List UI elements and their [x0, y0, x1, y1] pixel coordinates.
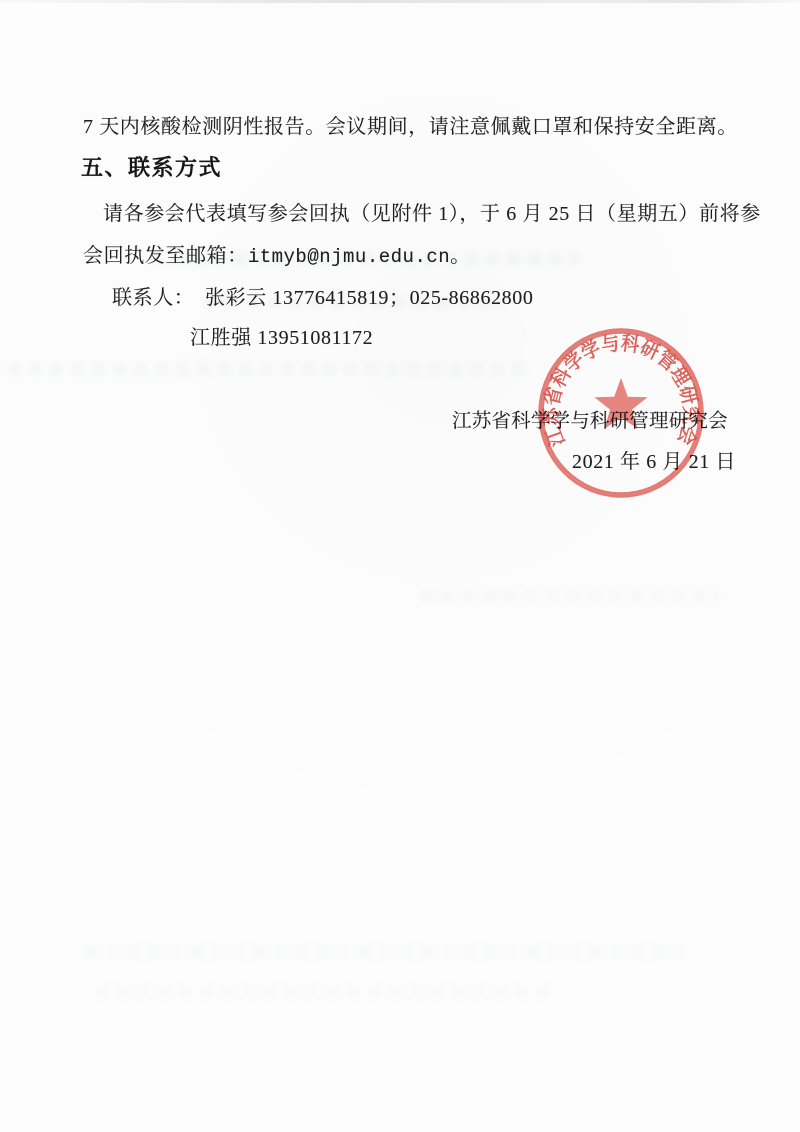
reply-line-2-prefix: 会回执发至邮箱：: [83, 245, 248, 267]
contact-line-1: 联系人： 张彩云 13776415819；025-86862800: [112, 281, 533, 310]
reply-line-2-suffix: 。: [450, 245, 471, 267]
reply-line-1: 请各参会代表填写参会回执（见附件 1），于 6 月 25 日（星期五）前将参: [103, 197, 761, 226]
bleedthrough-smudge: [95, 985, 555, 998]
bleedthrough-smudge: [85, 945, 685, 959]
official-seal: 江苏省科学学与科研管理研究会: [534, 325, 708, 501]
contact-1-value: 张彩云 13776415819；025-86862800: [205, 287, 533, 309]
bleedthrough-smudge: [420, 590, 720, 602]
body-line-covid: 7 天内核酸检测阴性报告。会议期间，请注意佩戴口罩和保持安全距离。: [83, 110, 738, 139]
email-text: itmyb@njmu.edu.cn: [248, 246, 450, 268]
section-heading: 五、联系方式: [81, 151, 222, 182]
bleedthrough-smudge: [8, 362, 528, 376]
reply-line-2: 会回执发至邮箱：itmyb@njmu.edu.cn。: [83, 239, 471, 268]
scan-edge-artifact: [0, 0, 800, 3]
contact-line-2: 江胜强 13951081172: [190, 321, 373, 350]
contact-label: 联系人：: [112, 287, 194, 309]
document-page: 7 天内核酸检测阴性报告。会议期间，请注意佩戴口罩和保持安全距离。 五、联系方式…: [0, 0, 800, 1132]
star-icon: [594, 378, 647, 429]
